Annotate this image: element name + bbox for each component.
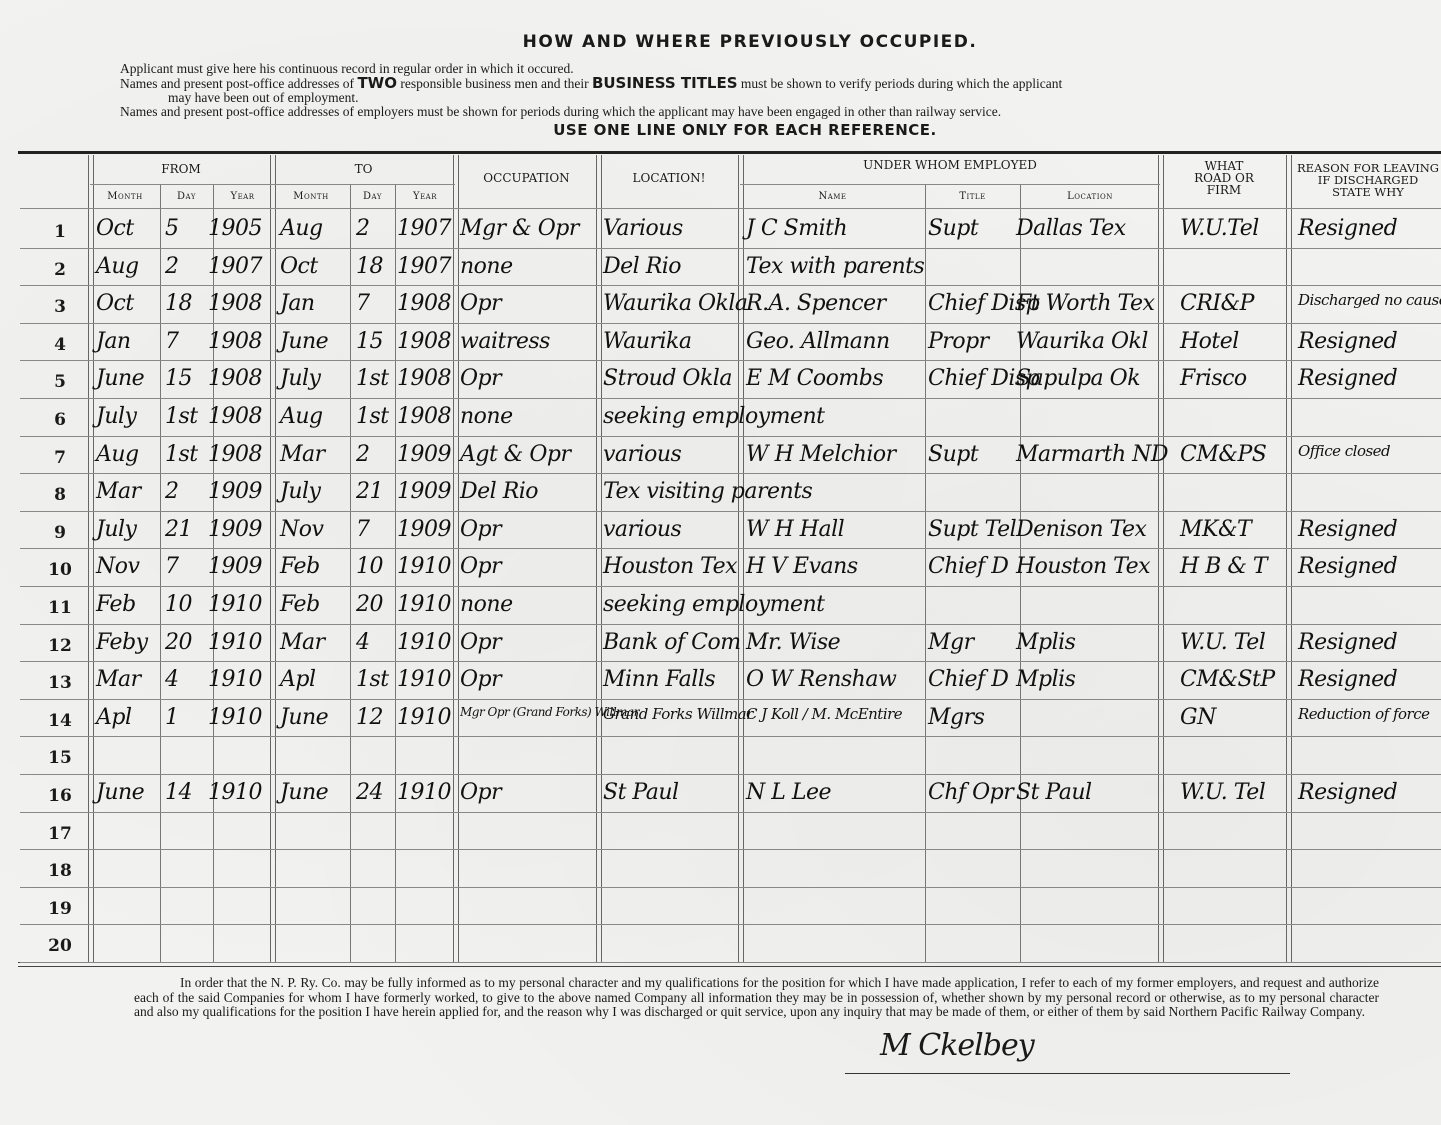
row-number: 12	[40, 636, 80, 656]
cell-location: Various	[603, 216, 683, 241]
cell-from-day: 18	[165, 291, 192, 316]
instruction-text: must be shown to verify periods during w…	[738, 76, 1063, 91]
top-rule	[18, 151, 1441, 154]
header-divider	[740, 184, 1160, 185]
header-to-month: Month	[272, 191, 350, 202]
cell-location: various	[603, 442, 681, 467]
cell-location: Tex visiting parents	[603, 479, 812, 504]
cell-to-month: June	[280, 780, 328, 805]
form-page: HOW AND WHERE PREVIOUSLY OCCUPIED. Appli…	[0, 0, 1441, 1125]
cell-occupation: Opr	[460, 630, 501, 655]
header-text: FIRM	[1160, 184, 1288, 196]
cell-road: Hotel	[1180, 329, 1239, 354]
cell-location: Del Rio	[603, 254, 681, 279]
column-divider	[350, 185, 351, 962]
cell-to-month: Mar	[280, 630, 325, 655]
cell-location: Waurika	[603, 329, 692, 354]
row-divider	[20, 511, 1441, 512]
instruction-emphasis: USE ONE LINE ONLY FOR EACH REFERENCE.	[0, 121, 1441, 139]
header-employer-name: Name	[740, 191, 925, 202]
cell-occupation: none	[460, 592, 513, 617]
cell-to-day: 7	[356, 291, 370, 316]
cell-to-month: July	[280, 366, 320, 391]
header-under-whom-employed: UNDER WHOM EMPLOYED	[740, 159, 1160, 171]
cell-from-day: 1st	[165, 442, 198, 467]
instruction-line-3: may have been out of employment.	[120, 91, 1380, 105]
header-from-day: Day	[160, 191, 213, 202]
cell-from-month: June	[96, 780, 144, 805]
row-divider	[20, 624, 1441, 625]
cell-to-year: 1910	[397, 705, 451, 730]
cell-from-day: 1st	[165, 404, 198, 429]
cell-name: W H Hall	[746, 517, 844, 542]
cell-road: CM&StP	[1180, 667, 1275, 692]
cell-to-day: 1st	[356, 366, 389, 391]
row-divider	[20, 849, 1441, 850]
cell-from-month: July	[96, 517, 136, 542]
row-divider	[20, 812, 1441, 813]
cell-emp-location: Mplis	[1016, 630, 1075, 655]
cell-from-year: 1905	[208, 216, 262, 241]
row-number: 9	[40, 523, 80, 543]
cell-from-year: 1910	[208, 780, 262, 805]
cell-from-day: 2	[165, 479, 179, 504]
cell-emp-location: Houston Tex	[1016, 554, 1150, 579]
header-to: TO	[272, 163, 455, 175]
cell-to-year: 1910	[397, 667, 451, 692]
signature-line	[845, 1073, 1290, 1074]
header-to-day: Day	[350, 191, 395, 202]
cell-reason: Resigned	[1298, 366, 1397, 391]
row-divider	[20, 248, 1441, 249]
cell-to-day: 2	[356, 442, 370, 467]
cell-reason: Discharged no cause given	[1298, 291, 1441, 309]
cell-to-month: Jan	[280, 291, 315, 316]
cell-from-year: 1910	[208, 592, 262, 617]
cell-to-month: June	[280, 705, 328, 730]
instruction-line-1: Applicant must give here his continuous …	[120, 62, 1380, 76]
cell-occupation: Opr	[460, 517, 501, 542]
column-divider	[453, 155, 459, 962]
cell-to-year: 1908	[397, 366, 451, 391]
cell-emp-location: Denison Tex	[1016, 517, 1146, 542]
header-employer-location: Location	[1020, 191, 1160, 202]
row-number: 20	[40, 936, 80, 956]
column-divider	[88, 155, 94, 962]
cell-to-day: 24	[356, 780, 383, 805]
row-number: 16	[40, 786, 80, 806]
column-divider	[270, 155, 276, 962]
row-number: 1	[40, 222, 80, 242]
cell-location: Bank of Com	[603, 630, 741, 655]
cell-to-year: 1908	[397, 291, 451, 316]
cell-from-day: 14	[165, 780, 192, 805]
cell-to-month: Oct	[280, 254, 318, 279]
row-divider	[20, 360, 1441, 361]
cell-reason: Office closed	[1298, 442, 1390, 460]
cell-to-year: 1909	[397, 517, 451, 542]
row-divider	[20, 473, 1441, 474]
cell-from-year: 1910	[208, 667, 262, 692]
column-divider	[395, 185, 396, 962]
cell-road: GN	[1180, 705, 1216, 730]
cell-from-day: 1	[165, 705, 179, 730]
cell-from-day: 4	[165, 667, 179, 692]
row-number: 18	[40, 861, 80, 881]
cell-to-day: 15	[356, 329, 383, 354]
row-divider	[20, 586, 1441, 587]
cell-road: H B & T	[1180, 554, 1267, 579]
row-number: 7	[40, 448, 80, 468]
cell-to-month: July	[280, 479, 320, 504]
cell-reason: Resigned	[1298, 216, 1397, 241]
cell-from-day: 5	[165, 216, 179, 241]
cell-to-month: Feb	[280, 554, 320, 579]
row-number: 4	[40, 335, 80, 355]
row-number: 8	[40, 485, 80, 505]
column-divider	[1286, 155, 1292, 962]
cell-reason: Resigned	[1298, 630, 1397, 655]
header-bottom-line	[20, 208, 1441, 209]
cell-to-month: Apl	[280, 667, 316, 692]
row-number: 14	[40, 711, 80, 731]
cell-reason: Resigned	[1298, 554, 1397, 579]
cell-from-month: Aug	[96, 254, 139, 279]
cell-name: H V Evans	[746, 554, 858, 579]
cell-location: seeking employment	[603, 592, 825, 617]
instruction-line-2: Names and present post-office addresses …	[120, 76, 1380, 91]
cell-from-year: 1909	[208, 517, 262, 542]
row-divider	[20, 774, 1441, 775]
row-divider	[20, 699, 1441, 700]
cell-location: Grand Forks Willmar	[603, 705, 753, 723]
cell-name: Tex with parents	[746, 254, 924, 279]
cell-to-day: 2	[356, 216, 370, 241]
cell-road: Frisco	[1180, 366, 1247, 391]
row-divider	[20, 436, 1441, 437]
row-number: 11	[40, 598, 80, 618]
row-number: 17	[40, 824, 80, 844]
authorization-text: In order that the N. P. Ry. Co. may be f…	[134, 976, 1379, 1020]
header-text: STATE WHY	[1288, 186, 1441, 198]
row-number: 6	[40, 410, 80, 430]
cell-emp-location: Waurika Okl	[1016, 329, 1148, 354]
cell-from-year: 1909	[208, 554, 262, 579]
cell-emp-location: Mplis	[1016, 667, 1075, 692]
cell-title: Supt	[928, 216, 978, 241]
applicant-signature: M Ckelbey	[880, 1028, 1034, 1063]
cell-to-day: 20	[356, 592, 383, 617]
cell-occupation: Opr	[460, 780, 501, 805]
cell-from-month: Feby	[96, 630, 148, 655]
column-divider	[1158, 155, 1164, 962]
cell-to-year: 1909	[397, 442, 451, 467]
cell-emp-location: Ft Worth Tex	[1016, 291, 1154, 316]
cell-to-day: 10	[356, 554, 383, 579]
column-divider	[596, 155, 602, 962]
cell-location: Houston Tex	[603, 554, 737, 579]
row-divider	[20, 962, 1441, 963]
row-number: 15	[40, 748, 80, 768]
cell-to-day: 21	[356, 479, 383, 504]
column-divider	[925, 185, 926, 962]
cell-location: seeking employment	[603, 404, 825, 429]
row-number: 13	[40, 673, 80, 693]
cell-emp-location: Marmarth ND	[1016, 442, 1168, 467]
cell-title: Mgrs	[928, 705, 984, 730]
cell-from-year: 1908	[208, 291, 262, 316]
row-divider	[20, 661, 1441, 662]
cell-to-year: 1907	[397, 254, 451, 279]
cell-occupation: Opr	[460, 667, 501, 692]
emphasis-business-titles: BUSINESS TITLES	[592, 74, 738, 92]
cell-to-day: 4	[356, 630, 370, 655]
cell-to-month: Aug	[280, 216, 323, 241]
cell-to-year: 1910	[397, 592, 451, 617]
cell-from-day: 10	[165, 592, 192, 617]
cell-title: Chief D	[928, 667, 1008, 692]
cell-location: Stroud Okla	[603, 366, 732, 391]
cell-name: J C Smith	[746, 216, 847, 241]
header-from-month: Month	[90, 191, 160, 202]
cell-from-month: Oct	[96, 291, 134, 316]
cell-title: Mgr	[928, 630, 974, 655]
cell-from-year: 1908	[208, 442, 262, 467]
cell-from-day: 20	[165, 630, 192, 655]
row-divider	[20, 736, 1441, 737]
cell-emp-location: Sapulpa Ok	[1016, 366, 1140, 391]
cell-emp-location: St Paul	[1016, 780, 1092, 805]
cell-to-day: 1st	[356, 404, 389, 429]
instruction-text: Names and present post-office addresses …	[120, 76, 357, 91]
cell-title: Supt Tel	[928, 517, 1016, 542]
column-divider	[738, 155, 744, 962]
cell-reason: Resigned	[1298, 780, 1397, 805]
header-divider	[90, 184, 272, 185]
cell-from-day: 2	[165, 254, 179, 279]
cell-occupation: none	[460, 254, 513, 279]
cell-title: Chief D	[928, 554, 1008, 579]
row-divider	[20, 924, 1441, 925]
cell-name: C J Koll / M. McEntire	[746, 705, 902, 723]
cell-occupation: Agt & Opr	[460, 442, 571, 467]
row-number: 3	[40, 297, 80, 317]
cell-name: O W Renshaw	[746, 667, 896, 692]
cell-to-day: 1st	[356, 667, 389, 692]
cell-from-month: July	[96, 404, 136, 429]
cell-to-month: Aug	[280, 404, 323, 429]
cell-to-month: Feb	[280, 592, 320, 617]
cell-occupation: Opr	[460, 366, 501, 391]
header-occupation: OCCUPATION	[455, 172, 598, 184]
row-number: 2	[40, 260, 80, 280]
instructions: Applicant must give here his continuous …	[120, 62, 1380, 119]
cell-name: Geo. Allmann	[746, 329, 890, 354]
cell-to-year: 1908	[397, 404, 451, 429]
cell-occupation: Opr	[460, 291, 501, 316]
cell-title: Chf Opr	[928, 780, 1013, 805]
cell-reason: Reduction of force	[1298, 705, 1430, 723]
cell-location: St Paul	[603, 780, 679, 805]
cell-to-year: 1910	[397, 630, 451, 655]
cell-from-year: 1909	[208, 479, 262, 504]
authorization-statement: In order that the N. P. Ry. Co. may be f…	[134, 976, 1379, 1020]
row-number: 19	[40, 899, 80, 919]
cell-road: CM&PS	[1180, 442, 1266, 467]
cell-to-day: 18	[356, 254, 383, 279]
cell-reason: Resigned	[1298, 517, 1397, 542]
header-location: LOCATION!	[598, 172, 740, 184]
form-title: HOW AND WHERE PREVIOUSLY OCCUPIED.	[0, 32, 1441, 52]
header-divider	[272, 184, 455, 185]
cell-name: E M Coombs	[746, 366, 883, 391]
cell-occupation: Del Rio	[460, 479, 538, 504]
cell-to-year: 1910	[397, 780, 451, 805]
cell-to-year: 1908	[397, 329, 451, 354]
cell-from-month: Jan	[96, 329, 131, 354]
cell-road: W.U. Tel	[1180, 780, 1265, 805]
cell-to-day: 12	[356, 705, 383, 730]
cell-title: Propr	[928, 329, 989, 354]
cell-to-day: 7	[356, 517, 370, 542]
cell-from-month: Mar	[96, 667, 141, 692]
cell-to-year: 1909	[397, 479, 451, 504]
cell-road: W.U. Tel	[1180, 630, 1265, 655]
row-divider	[20, 548, 1441, 549]
instruction-text: responsible business men and their	[397, 76, 592, 91]
cell-to-year: 1910	[397, 554, 451, 579]
cell-name: W H Melchior	[746, 442, 896, 467]
cell-from-month: Nov	[96, 554, 139, 579]
cell-location: Minn Falls	[603, 667, 715, 692]
emphasis-two: TWO	[357, 74, 397, 92]
row-divider	[20, 398, 1441, 399]
cell-location: various	[603, 517, 681, 542]
cell-title: Supt	[928, 442, 978, 467]
cell-from-year: 1910	[208, 630, 262, 655]
header-reason-for-leaving: REASON FOR LEAVING IF DISCHARGED STATE W…	[1288, 162, 1441, 198]
cell-occupation: waitress	[460, 329, 550, 354]
header-employer-title: Title	[925, 191, 1020, 202]
cell-occupation: Opr	[460, 554, 501, 579]
cell-from-day: 15	[165, 366, 192, 391]
cell-to-month: Nov	[280, 517, 323, 542]
cell-from-month: Aug	[96, 442, 139, 467]
cell-name: N L Lee	[746, 780, 831, 805]
cell-occupation: none	[460, 404, 513, 429]
cell-from-month: Apl	[96, 705, 132, 730]
header-road-or-firm: WHAT ROAD OR FIRM	[1160, 160, 1288, 196]
cell-name: Mr. Wise	[746, 630, 840, 655]
cell-road: W.U.Tel	[1180, 216, 1259, 241]
row-number: 5	[40, 372, 80, 392]
cell-from-year: 1908	[208, 329, 262, 354]
cell-from-year: 1908	[208, 366, 262, 391]
cell-from-month: Oct	[96, 216, 134, 241]
column-divider	[160, 185, 161, 962]
cell-from-day: 7	[165, 554, 179, 579]
cell-road: CRI&P	[1180, 291, 1254, 316]
cell-reason: Resigned	[1298, 667, 1397, 692]
cell-emp-location: Dallas Tex	[1016, 216, 1126, 241]
cell-from-year: 1910	[208, 705, 262, 730]
cell-occupation: Mgr & Opr	[460, 216, 579, 241]
cell-location: Waurika Okla	[603, 291, 748, 316]
row-divider	[20, 285, 1441, 286]
header-from-year: Year	[213, 191, 272, 202]
header-to-year: Year	[395, 191, 455, 202]
cell-from-month: Mar	[96, 479, 141, 504]
cell-from-day: 21	[165, 517, 192, 542]
cell-to-year: 1907	[397, 216, 451, 241]
header-from: FROM	[90, 163, 272, 175]
cell-to-month: Mar	[280, 442, 325, 467]
cell-from-year: 1908	[208, 404, 262, 429]
cell-to-month: June	[280, 329, 328, 354]
row-divider	[20, 323, 1441, 324]
cell-from-year: 1907	[208, 254, 262, 279]
cell-from-month: Feb	[96, 592, 136, 617]
cell-reason: Resigned	[1298, 329, 1397, 354]
cell-from-day: 7	[165, 329, 179, 354]
cell-from-month: June	[96, 366, 144, 391]
row-number: 10	[40, 560, 80, 580]
row-divider	[20, 887, 1441, 888]
cell-road: MK&T	[1180, 517, 1251, 542]
cell-name: R.A. Spencer	[746, 291, 886, 316]
instruction-line-4: Names and present post-office addresses …	[120, 105, 1380, 119]
